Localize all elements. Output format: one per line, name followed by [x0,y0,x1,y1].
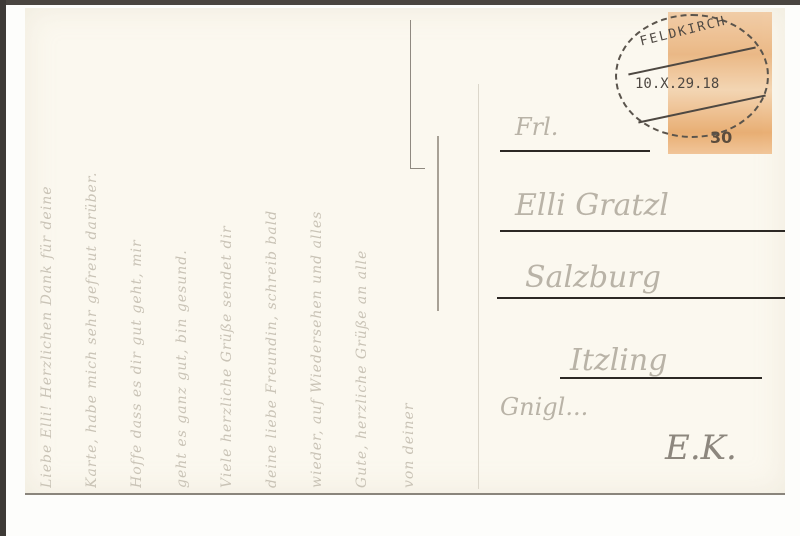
address-line-1: Frl. [515,113,558,141]
message-line: geht es ganz gut, bin gesund. [174,18,190,488]
message-line: Karte, habe mich sehr gefreut darüber. [84,18,100,488]
address-rule [500,150,650,152]
message-line: Liebe Elli! Herzlichen Dank für deine [39,18,55,488]
address-rule [497,297,785,299]
address-line-4: Itzling [570,343,667,378]
message-line: Hoffe dass es dir gut geht, mir [129,18,145,488]
address-rule [560,377,762,379]
ink-bracket [410,20,425,169]
address-line-2: Elli Gratzl [515,188,669,223]
message-line: wieder, auf Wiedersehen und alles [309,18,325,488]
card-divider [478,84,479,489]
message-area: Liebe Elli! Herzlichen Dank für deine Ka… [29,18,469,488]
sender-initials: E.K. [665,428,737,468]
postmark: FELDKIRCH 10.X.29.18 [615,14,769,138]
postmark-bar [628,47,756,76]
address-extra: Gnigl... [500,393,588,421]
ink-vertical-rule [437,136,439,311]
postmark-city: FELDKIRCH [638,14,727,50]
postmark-bar [638,95,766,124]
address-line-3: Salzburg [525,260,661,295]
message-line: Gute, herzliche Grüße an alle [354,18,370,488]
postcard: Liebe Elli! Herzlichen Dank für deine Ka… [25,8,785,495]
address-rule [500,230,785,232]
scan-top-edge [0,0,800,5]
postmark-date: 10.X.29.18 [635,76,719,92]
message-line: deine liebe Freundin, schreib bald [264,18,280,488]
message-line: Viele herzliche Grüße sendet dir [219,18,235,488]
scan-left-edge [0,0,6,536]
